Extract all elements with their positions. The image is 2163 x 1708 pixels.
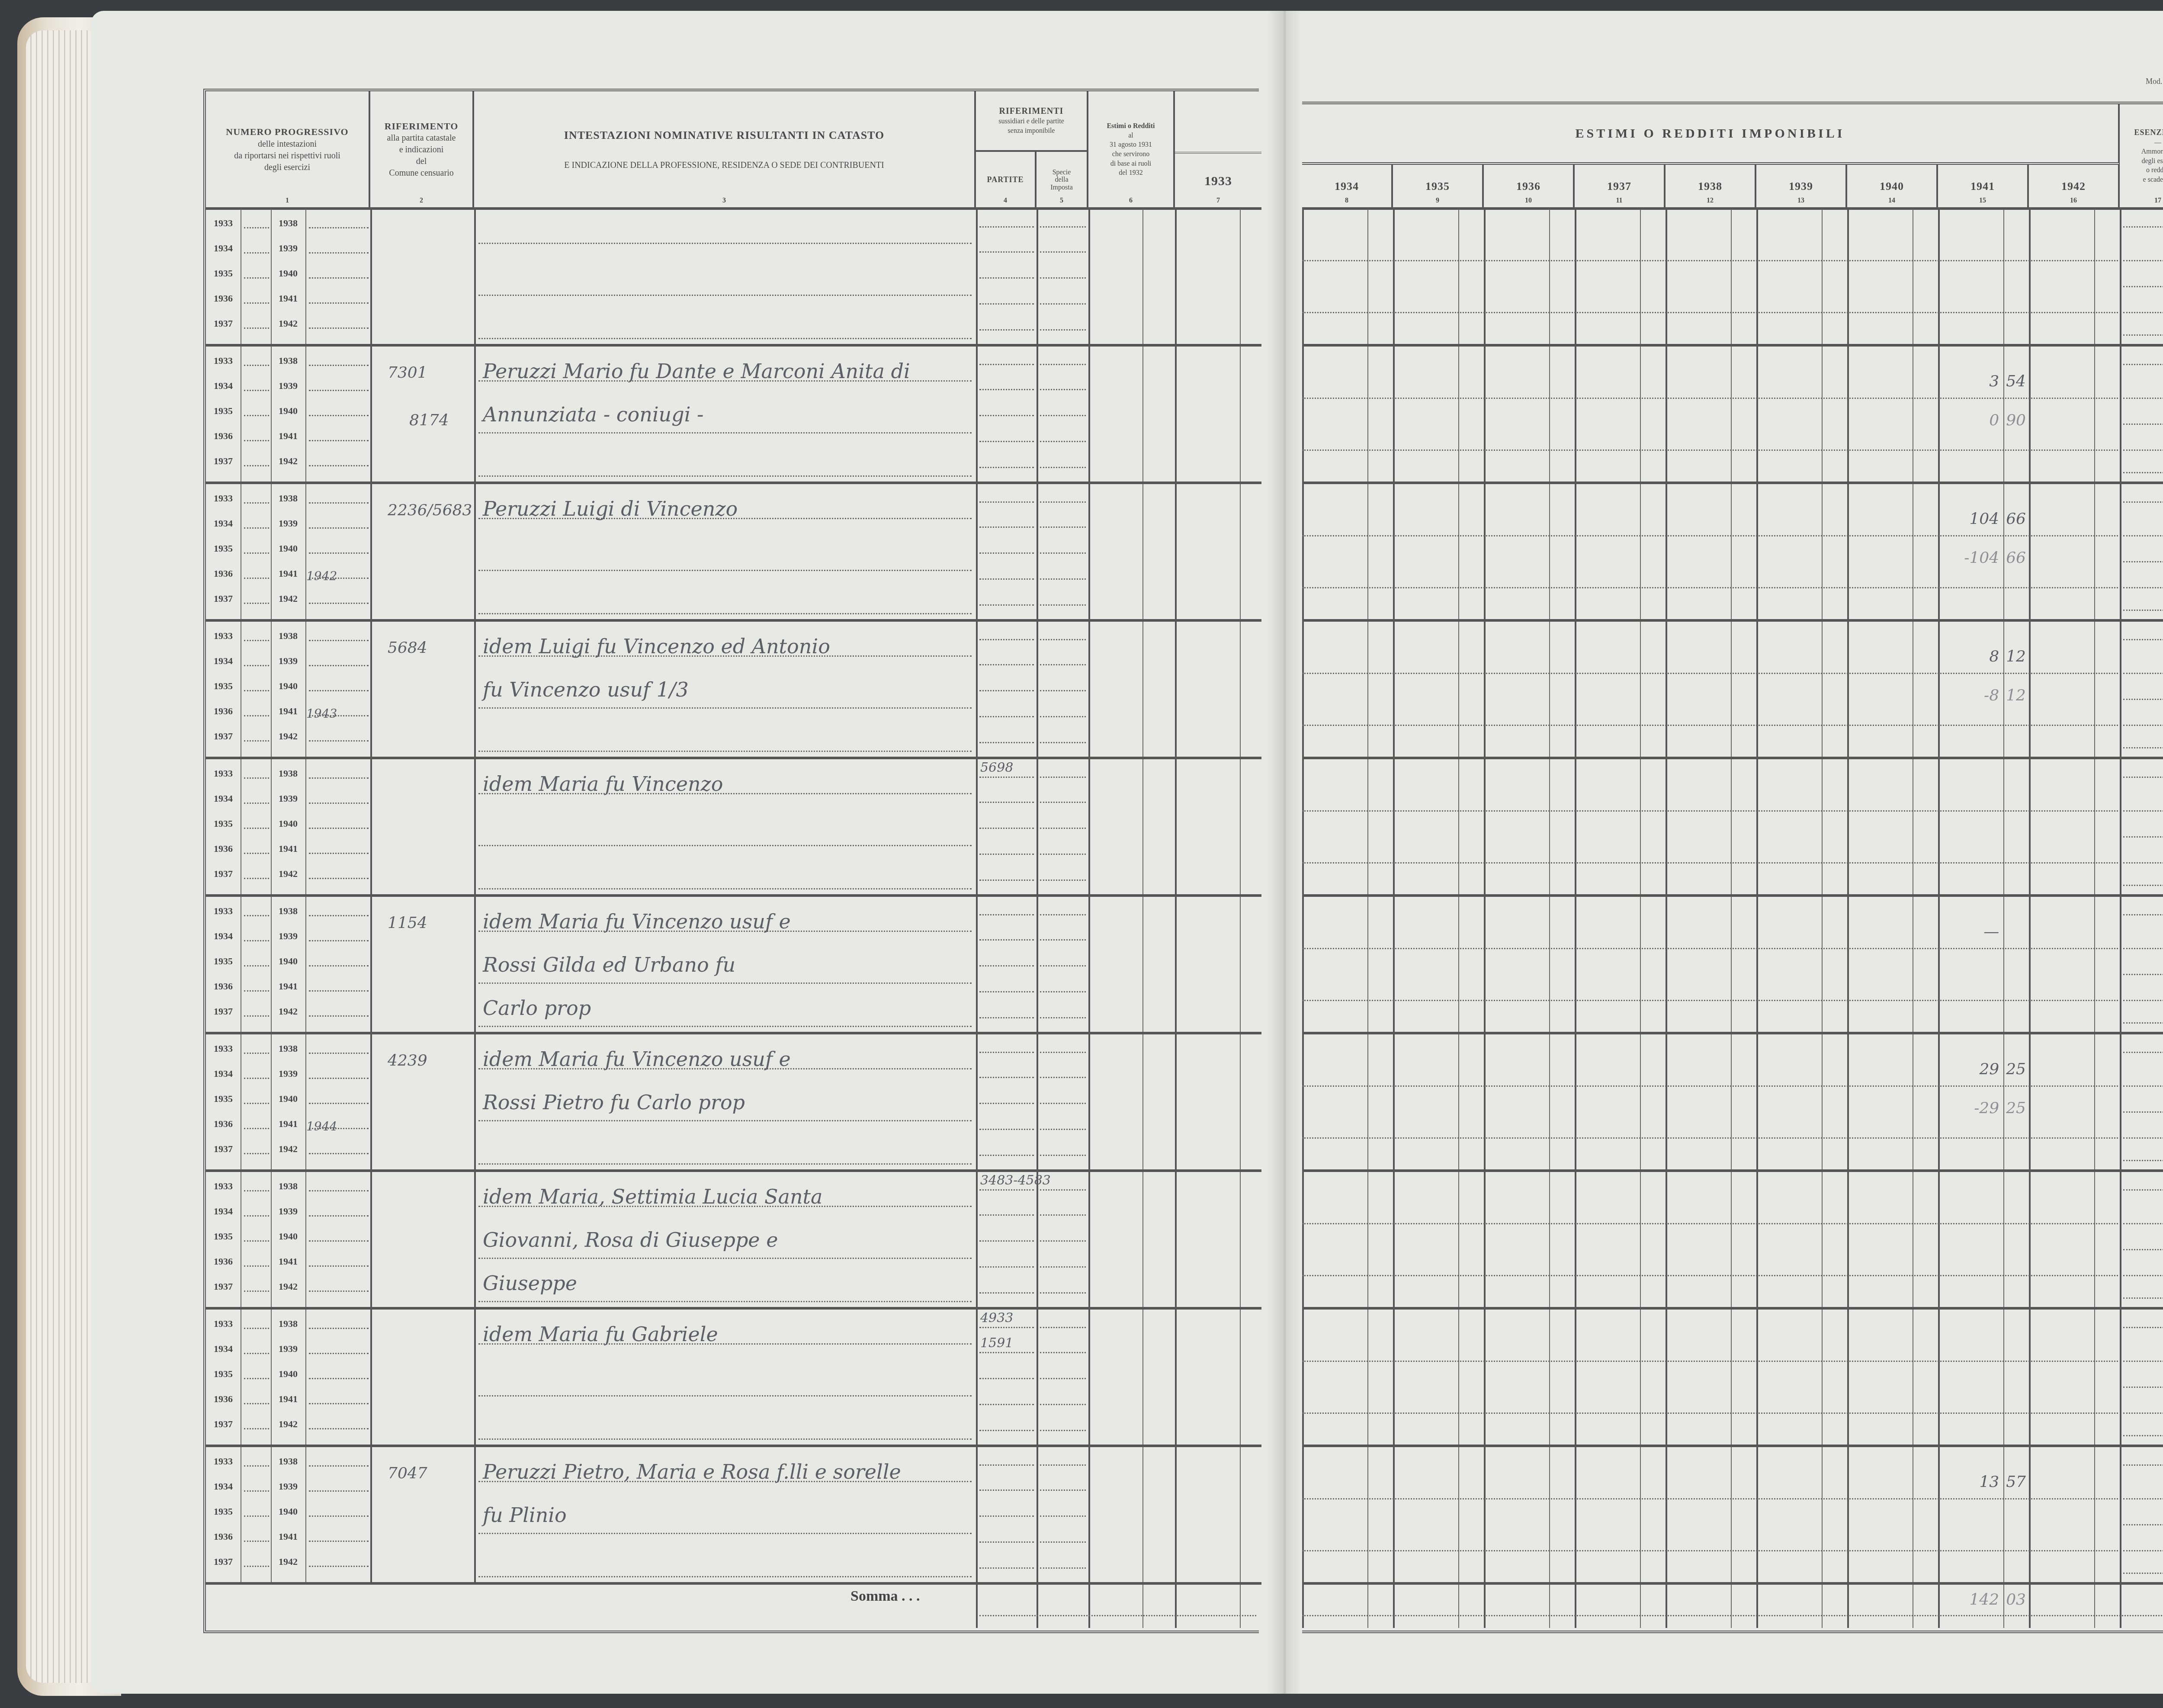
dotted-rule: [2123, 639, 2163, 640]
column-rule: [1175, 347, 1177, 482]
dotted-rule: [244, 277, 269, 279]
column-rule: [1458, 1447, 1459, 1582]
column-rule: [1088, 1034, 1090, 1169]
dotted-rule: [244, 990, 269, 992]
column-rule: [1549, 484, 1550, 619]
column-rule: [1731, 484, 1732, 619]
ledger-left-table: NUMERO PROGRESSIVO delle intestazioni da…: [203, 89, 1259, 1633]
column-rule: [1088, 347, 1090, 482]
dotted-rule: [2123, 1160, 2163, 1161]
column-rule: [1175, 1034, 1177, 1169]
column-rule: [1640, 759, 1641, 894]
column-rule: [1142, 1310, 1143, 1445]
column-rule: [1458, 347, 1459, 482]
column-rule: [1640, 1310, 1641, 1445]
record-divider: [1302, 757, 2163, 759]
column-rule: [1393, 209, 1395, 344]
dotted-rule: [979, 1189, 1034, 1191]
column-rule: [1240, 1310, 1241, 1445]
column-rule: [2003, 484, 2004, 619]
income-1941-lire: 29: [1951, 1060, 1999, 1078]
column-rule: [1037, 347, 1038, 482]
dotted-rule: [1302, 1085, 2118, 1087]
catasto-reference: 7301: [388, 364, 427, 382]
record-divider: [206, 757, 1261, 759]
dotted-rule: [478, 1533, 972, 1534]
header-col1-line: delle intestazioni: [258, 138, 317, 150]
year-note: 1942: [306, 569, 337, 583]
column-rule: [1731, 759, 1732, 894]
sum-1941-cents: 03: [2006, 1591, 2026, 1608]
column-rule: [2094, 759, 2095, 894]
column-rule: [370, 622, 372, 757]
book-gutter: [1268, 11, 1302, 1694]
column-rule: [1938, 1447, 1940, 1582]
record-divider: [1302, 894, 2163, 897]
column-rule: [1367, 1310, 1368, 1445]
dotted-rule: [244, 252, 269, 254]
column-rule: [1756, 1034, 1758, 1169]
header-estimi-imponibili: ESTIMI O REDDITI IMPONIBILI: [1302, 104, 2120, 165]
dotted-rule: [1040, 604, 1086, 606]
column-rule: [1393, 1585, 1395, 1628]
income-1941-cents: 25: [2006, 1099, 2026, 1117]
year-label: 1941: [271, 1256, 305, 1267]
column-rule: [1549, 1310, 1550, 1445]
year-label: 1938: [271, 630, 305, 642]
dotted-rule: [979, 1240, 1034, 1242]
column-rule: [1367, 1447, 1368, 1582]
column-rule: [1393, 622, 1395, 757]
dotted-rule: [2123, 1387, 2163, 1388]
dotted-rule: [1302, 673, 2118, 674]
dotted-rule: [2123, 914, 2163, 915]
column-rule: [1847, 897, 1849, 1032]
dotted-rule: [309, 803, 369, 804]
dotted-rule: [1302, 1223, 2118, 1224]
column-number: 7: [1175, 197, 1261, 205]
year-label: 1941: [271, 1393, 305, 1405]
header-col1-title: NUMERO PROGRESSIVO: [226, 126, 348, 138]
column-rule: [305, 347, 306, 482]
dotted-rule: [979, 364, 1034, 365]
dotted-rule: [309, 777, 369, 779]
column-rule: [1367, 1034, 1368, 1169]
dotted-rule: [1040, 1464, 1086, 1466]
column-rule: [1484, 209, 1486, 344]
dotted-rule: [244, 803, 269, 804]
year-label: 1934: [206, 655, 241, 667]
income-1941-cents: 90: [2006, 411, 2026, 429]
year-label: 1936: [206, 1118, 241, 1130]
column-rule: [1037, 1447, 1038, 1582]
header-year-label: 1936: [1516, 179, 1540, 194]
dotted-rule: [309, 365, 369, 366]
header-partite: PARTITE 4: [976, 152, 1037, 208]
dotted-rule: [309, 1215, 369, 1217]
column-rule: [1731, 897, 1732, 1032]
dotted-rule: [244, 915, 269, 916]
column-rule: [1484, 1034, 1486, 1169]
header-year-3: 193711: [1575, 165, 1666, 208]
dotted-rule: [1040, 226, 1086, 228]
column-rule: [2120, 347, 2121, 482]
dotted-rule: [309, 1465, 369, 1467]
column-rule: [1088, 1172, 1090, 1307]
year-label: 1941: [271, 293, 305, 304]
column-rule: [1822, 1585, 1823, 1628]
column-rule: [1142, 1034, 1143, 1169]
dotted-rule: [244, 1240, 269, 1242]
dotted-rule: [2123, 1223, 2163, 1224]
column-rule: [474, 1172, 476, 1307]
column-rule: [1822, 897, 1823, 1032]
column-rule: [1731, 622, 1732, 757]
dotted-rule: [1040, 303, 1086, 305]
dotted-rule: [1040, 1266, 1086, 1268]
dotted-rule: [979, 277, 1034, 279]
dotted-rule: [478, 1576, 972, 1577]
column-rule: [1731, 347, 1732, 482]
dotted-rule: [244, 878, 269, 879]
dotted-rule: [2123, 1413, 2163, 1414]
sum-label: Somma . . .: [850, 1588, 920, 1605]
income-1941-cents: 12: [2006, 648, 2026, 665]
column-rule: [474, 1447, 476, 1582]
dotted-rule: [1040, 991, 1086, 992]
dotted-rule: [1302, 725, 2118, 726]
column-rule: [1938, 347, 1940, 482]
column-rule: [1240, 484, 1241, 619]
dotted-rule: [309, 277, 369, 279]
year-label: 1936: [206, 843, 241, 854]
header-col45-line: senza imponibile: [1008, 126, 1055, 136]
dotted-rule: [478, 1438, 972, 1440]
column-rule: [1458, 1585, 1459, 1628]
dotted-rule: [1040, 467, 1086, 468]
dotted-rule: [478, 982, 972, 984]
dotted-rule: [309, 1541, 369, 1542]
column-rule: [1913, 897, 1913, 1032]
record-divider: [206, 619, 1261, 622]
dotted-rule: [1040, 1017, 1086, 1018]
column-rule: [474, 209, 476, 344]
year-label: 1939: [271, 1068, 305, 1079]
column-rule: [1175, 484, 1177, 619]
dotted-rule: [1040, 1430, 1086, 1431]
dotted-rule: [979, 939, 1034, 941]
dotted-rule: [1302, 1361, 2118, 1362]
partite-number: 3483-4583: [980, 1173, 1051, 1188]
dotted-rule: [1040, 639, 1086, 640]
year-label: 1935: [206, 818, 241, 829]
column-rule: [1175, 1310, 1177, 1445]
column-rule: [474, 1310, 476, 1445]
column-rule: [1302, 209, 1304, 344]
column-rule: [1731, 1447, 1732, 1582]
dotted-rule: [309, 327, 369, 329]
column-rule: [1756, 1310, 1758, 1445]
column-rule: [2094, 897, 2095, 1032]
dotted-rule: [309, 415, 369, 416]
column-rule: [1088, 209, 1090, 344]
dotted-rule: [244, 1215, 269, 1217]
dotted-rule: [979, 1464, 1034, 1466]
dotted-rule: [1040, 914, 1086, 915]
taxpayer-name-line: Giuseppe: [483, 1271, 577, 1295]
taxpayer-name-line: idem Maria fu Vincenzo usuf e: [483, 1047, 791, 1071]
record-divider: [1302, 1307, 2163, 1310]
year-label: 1939: [271, 243, 305, 254]
dotted-rule: [244, 640, 269, 641]
column-rule: [2120, 897, 2121, 1032]
dotted-rule: [244, 1190, 269, 1191]
dotted-rule: [244, 940, 269, 941]
dotted-rule: [1302, 535, 2118, 536]
column-rule: [2029, 1310, 2031, 1445]
column-rule: [241, 897, 241, 1032]
partite-number: 1591: [980, 1336, 1013, 1351]
column-rule: [1037, 484, 1038, 619]
dotted-rule: [309, 1190, 369, 1191]
dotted-rule: [1040, 1327, 1086, 1328]
header-col17-line: o redditi: [2146, 166, 2163, 175]
header-year-2: 193610: [1484, 165, 1575, 208]
dotted-rule: [244, 1128, 269, 1129]
column-number: 4: [976, 197, 1035, 205]
column-rule: [1913, 209, 1913, 344]
partite-number: 5698: [980, 760, 1013, 775]
dotted-rule: [309, 640, 369, 641]
dotted-rule: [979, 690, 1034, 691]
year-label: 1933: [206, 1318, 241, 1329]
column-rule: [1367, 1585, 1368, 1628]
column-rule: [1575, 1172, 1576, 1307]
record-divider: [1302, 1032, 2163, 1034]
dotted-rule: [244, 1053, 269, 1054]
column-rule: [976, 1034, 978, 1169]
dotted-rule: [244, 965, 269, 966]
dotted-rule: [2123, 260, 2163, 261]
column-rule: [2029, 347, 2031, 482]
dotted-rule: [478, 707, 972, 709]
column-rule: [305, 1310, 306, 1445]
column-rule: [1393, 897, 1395, 1032]
column-rule: [1756, 1447, 1758, 1582]
dotted-rule: [244, 1291, 269, 1292]
column-rule: [1756, 1585, 1758, 1628]
year-label: 1941: [271, 981, 305, 992]
year-label: 1934: [206, 793, 241, 804]
dotted-rule: [1040, 1515, 1086, 1517]
header-col5-line: della: [1055, 176, 1068, 184]
record-divider: [206, 344, 1261, 347]
income-1941-lire: 13: [1951, 1473, 1999, 1491]
dotted-rule: [309, 527, 369, 529]
year-label: 1940: [271, 1506, 305, 1517]
column-rule: [1847, 1585, 1849, 1628]
header-year-label: 1940: [1880, 179, 1904, 194]
taxpayer-name-line: Rossi Pietro fu Carlo prop: [483, 1091, 745, 1114]
taxpayer-name-line: Carlo prop: [483, 996, 591, 1020]
record-divider: [1302, 619, 2163, 622]
year-label: 1939: [271, 1481, 305, 1492]
column-rule: [305, 897, 306, 1032]
column-rule: [2003, 622, 2004, 757]
year-label: 1936: [206, 706, 241, 717]
column-rule: [2029, 1447, 2031, 1582]
year-label: 1941: [271, 430, 305, 442]
year-label: 1934: [206, 243, 241, 254]
dotted-rule: [244, 1541, 269, 1542]
column-rule: [1666, 897, 1667, 1032]
header-divider: [206, 207, 1261, 210]
dotted-rule: [1040, 1052, 1086, 1053]
record-divider: [206, 1445, 1261, 1447]
column-rule: [1393, 484, 1395, 619]
dotted-rule: [244, 1265, 269, 1267]
dotted-rule: [244, 465, 269, 466]
dotted-rule: [2123, 334, 2163, 336]
column-rule: [1938, 759, 1940, 894]
column-rule: [1088, 622, 1090, 757]
catasto-reference: 5684: [388, 639, 427, 657]
header-specie-imposta: Specie della Imposta 5: [1037, 152, 1088, 208]
dotted-rule: [2123, 1249, 2163, 1250]
header-col6-line: che servirono: [1112, 150, 1150, 159]
dotted-rule: [1040, 1352, 1086, 1353]
year-label: 1942: [271, 731, 305, 742]
dotted-rule: [2123, 1052, 2163, 1053]
column-rule: [370, 1310, 372, 1445]
dotted-rule: [1040, 441, 1086, 442]
taxpayer-name-line: fu Plinio: [483, 1503, 567, 1527]
ledger-right-table: ESTIMI O REDDITI IMPONIBILI 193481935919…: [1302, 102, 2163, 1633]
income-1941-lire: —: [1951, 923, 1999, 941]
column-rule: [1142, 1585, 1143, 1628]
year-label: 1936: [206, 293, 241, 304]
column-rule: [1822, 347, 1823, 482]
dotted-rule: [1302, 862, 2118, 864]
column-rule: [1302, 1172, 1304, 1307]
column-rule: [305, 1034, 306, 1169]
column-rule: [1822, 209, 1823, 344]
dotted-rule: [979, 604, 1034, 606]
header-col45-title: RIFERIMENTI: [999, 106, 1064, 117]
dotted-rule: [244, 327, 269, 329]
column-rule: [1549, 209, 1550, 344]
dotted-rule: [979, 1541, 1034, 1543]
column-number: 9: [1393, 197, 1482, 205]
dotted-rule: [979, 1567, 1034, 1569]
column-rule: [1756, 1172, 1758, 1307]
header-year-label: 1942: [2061, 179, 2086, 194]
year-label: 1942: [271, 1006, 305, 1017]
dotted-rule: [979, 1077, 1034, 1078]
dotted-rule: [979, 777, 1034, 778]
column-rule: [1575, 1447, 1576, 1582]
year-label: 1933: [206, 493, 241, 504]
column-rule: [1302, 622, 1304, 757]
header-year-label: 1939: [1789, 179, 1813, 194]
year-label: 1942: [271, 1556, 305, 1567]
dotted-rule: [309, 1566, 369, 1567]
column-number: 13: [1756, 197, 1845, 205]
column-rule: [1240, 1172, 1241, 1307]
dotted-rule: [309, 965, 369, 966]
column-rule: [2003, 347, 2004, 482]
dotted-rule: [1040, 880, 1086, 881]
column-number: 10: [1484, 197, 1573, 205]
dotted-rule: [309, 465, 369, 466]
year-label: 1939: [271, 380, 305, 392]
dotted-rule: [478, 243, 972, 244]
income-1941-lire: -8: [1951, 687, 1999, 704]
year-label: 1937: [206, 318, 241, 329]
column-rule: [1913, 1585, 1913, 1628]
taxpayer-name-line: fu Vincenzo usuf 1/3: [483, 678, 689, 701]
dotted-rule: [1040, 742, 1086, 743]
header-year-4: 193812: [1666, 165, 1756, 208]
year-label: 1935: [206, 268, 241, 279]
column-rule: [241, 759, 241, 894]
year-label: 1940: [271, 268, 305, 279]
dotted-rule: [478, 1163, 972, 1165]
dotted-rule: [2123, 535, 2163, 536]
column-rule: [1666, 347, 1667, 482]
column-rule: [2003, 1585, 2004, 1628]
dotted-rule: [244, 1103, 269, 1104]
column-rule: [1731, 1310, 1732, 1445]
income-1941-lire: 8: [1951, 648, 1999, 665]
column-rule: [1549, 1585, 1550, 1628]
column-rule: [1142, 622, 1143, 757]
column-number: 15: [1938, 197, 2027, 205]
dotted-rule: [2123, 777, 2163, 778]
column-rule: [1037, 1585, 1038, 1628]
column-rule: [1302, 347, 1304, 482]
column-rule: [2029, 209, 2031, 344]
column-rule: [1822, 1172, 1823, 1307]
column-rule: [1575, 347, 1576, 482]
year-label: 1937: [206, 1556, 241, 1567]
column-rule: [1822, 484, 1823, 619]
year-label: 1937: [206, 1143, 241, 1155]
column-rule: [1175, 622, 1177, 757]
dotted-rule: [979, 1214, 1034, 1216]
dotted-rule: [244, 502, 269, 504]
column-rule: [1393, 759, 1395, 894]
dotted-rule: [1302, 1615, 2163, 1616]
header-year-1: 19359: [1393, 165, 1484, 208]
dotted-rule: [979, 1327, 1034, 1328]
column-rule: [241, 1034, 241, 1169]
column-rule: [976, 1310, 978, 1445]
column-rule: [1240, 209, 1241, 344]
record-divider: [1302, 344, 2163, 347]
taxpayer-name-line: idem Maria fu Vincenzo usuf e: [483, 910, 791, 933]
dotted-rule: [2123, 286, 2163, 287]
year-label: 1933: [206, 1456, 241, 1467]
column-rule: [1367, 622, 1368, 757]
dotted-rule: [244, 1403, 269, 1404]
column-rule: [2094, 347, 2095, 482]
year-label: 1934: [206, 1068, 241, 1079]
dotted-rule: [979, 389, 1034, 390]
dotted-rule: [2123, 1297, 2163, 1299]
header-col4-title: PARTITE: [987, 175, 1024, 185]
dotted-rule: [2123, 1524, 2163, 1525]
